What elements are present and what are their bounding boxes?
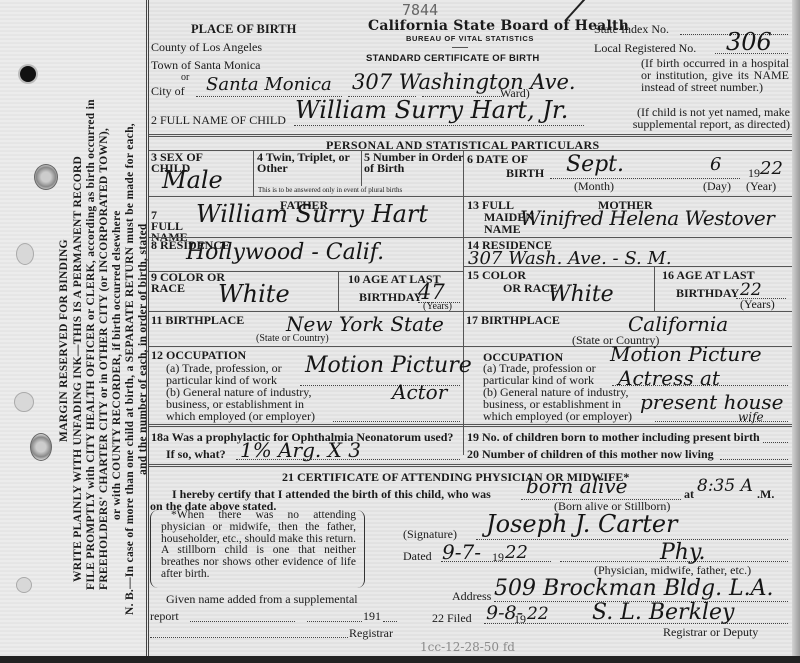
father-residence-value[interactable]: Hollywood - Calif.: [186, 240, 384, 265]
board-title: California State Board of Health: [368, 18, 629, 34]
punch-hole-icon: [14, 392, 34, 412]
father-age-label-2: BIRTHDAY: [359, 290, 422, 305]
county-label: County of Los Angeles: [151, 40, 262, 55]
margin-write-plainly: WRITE PLAINLY WITH UNFADING INK—THIS IS …: [72, 156, 84, 582]
city-label: City of: [151, 84, 185, 99]
registrar-field[interactable]: [150, 637, 348, 638]
signature-line: [476, 539, 788, 540]
year-caption: (Year): [746, 179, 776, 194]
filed-prefix: 19: [514, 612, 526, 627]
father-birthplace-label: 11 BIRTHPLACE: [151, 313, 244, 328]
divider: [463, 266, 792, 267]
father-name-value[interactable]: William Surry Hart: [196, 200, 428, 228]
mother-age-label-2: BIRTHDAY: [676, 286, 739, 301]
screw-icon: [16, 243, 34, 265]
divider: [149, 150, 792, 151]
local-registered-value[interactable]: 306: [726, 28, 772, 56]
month-caption: (Month): [574, 179, 614, 194]
divider: [452, 47, 468, 48]
divider: [654, 266, 655, 311]
punch-hole-icon: [16, 577, 32, 593]
father-trade-value[interactable]: Motion Picture: [305, 353, 472, 378]
dated-prefix: 19: [492, 550, 504, 565]
report-date-field[interactable]: [307, 621, 362, 622]
father-industry-line: [333, 421, 460, 422]
local-registered-label: Local Registered No.: [594, 41, 696, 56]
q19-label: 19 No. of children born to mother includ…: [467, 430, 760, 445]
margin-freeholders: FREEHOLDERS' CHARTER CITY or in OTHER CI…: [98, 128, 110, 590]
binding-margin: MARGIN RESERVED FOR BINDING WRITE PLAINL…: [0, 0, 148, 663]
town-label: Town of Santa Monica: [151, 58, 260, 73]
mother-industry-label-c: which employed (or employer): [483, 409, 632, 424]
signature-value[interactable]: Joseph J. Carter: [486, 510, 678, 538]
at-label: at: [684, 487, 694, 502]
mother-birthplace-label: 17 BIRTHPLACE: [466, 313, 560, 328]
or-label: or: [181, 72, 189, 83]
time-value[interactable]: 8:35 A: [697, 476, 753, 496]
mother-industry-value-2[interactable]: wife: [738, 410, 764, 424]
divider: [253, 150, 254, 196]
dated-label: Dated: [403, 549, 432, 564]
father-industry-value[interactable]: Actor: [392, 380, 447, 404]
father-industry-label-c: which employed (or employer): [166, 409, 315, 424]
divider: [361, 150, 362, 186]
page-edge: [792, 0, 800, 663]
mother-trade-value-1[interactable]: Motion Picture: [610, 342, 762, 366]
dob-month[interactable]: Sept.: [566, 152, 624, 177]
margin-nb-note: N. B.—In case of more than one child at …: [124, 123, 136, 615]
dob-label-birth: BIRTH: [506, 166, 544, 181]
file-number: 7844: [402, 1, 438, 19]
hospital-note: (If birth occurred in a hospital or inst…: [641, 57, 789, 93]
pencil-note: 1cc-12-28-50 fd: [420, 640, 515, 654]
supplemental-label: Given name added from a supplemental: [166, 592, 358, 607]
page-bottom-edge: [0, 656, 800, 663]
mother-trade-value-2[interactable]: Actress at: [618, 366, 720, 390]
state-index-label: State Index No.: [594, 22, 669, 37]
dated-value[interactable]: 9-7-: [442, 540, 481, 564]
q20-label: 20 Number of children of this mother now…: [467, 447, 714, 462]
mother-name-label-3: NAME: [484, 222, 521, 237]
dob-year[interactable]: 22: [760, 158, 783, 179]
birth-order-label: 5 Number in Order of Birth: [364, 152, 464, 174]
report-year: 191: [363, 609, 381, 624]
child-name-value[interactable]: William Surry Hart, Jr.: [295, 96, 568, 124]
divider: [149, 134, 792, 137]
divider: [149, 424, 792, 427]
report-name-field[interactable]: [190, 621, 295, 622]
day-caption: (Day): [703, 179, 731, 194]
divider: [338, 271, 339, 311]
mother-industry-line: [655, 421, 788, 422]
time-suffix: .M.: [757, 487, 774, 502]
mother-name-value[interactable]: Winifred Helena Westover: [520, 206, 774, 230]
q19-field[interactable]: [763, 442, 788, 443]
father-state-caption: (State or Country): [256, 333, 329, 344]
fastener-icon: [30, 433, 52, 461]
child-name-label: 2 FULL NAME OF CHILD: [151, 113, 286, 128]
unnamed-note: (If child is not yet named, make supplem…: [598, 106, 790, 130]
address-value[interactable]: 509 Brockman Bldg. L.A.: [494, 576, 774, 601]
filed-signature[interactable]: S. L. Berkley: [592, 600, 734, 625]
registrar-label: Registrar: [349, 626, 393, 641]
margin-file-promptly: FILE PROMPTLY with CITY HEALTH OFFICER o…: [85, 99, 97, 590]
twin-label: 4 Twin, Triplet, or Other: [257, 152, 357, 174]
bureau-title: BUREAU OF VITAL STATISTICS: [406, 34, 534, 43]
certify-value[interactable]: born alive: [526, 474, 628, 498]
filed-year[interactable]: 22: [527, 604, 549, 624]
report-year-field[interactable]: [383, 621, 397, 622]
plural-note: This is to be answered only in event of …: [258, 186, 402, 194]
q20-field[interactable]: [720, 459, 788, 460]
mother-race-value[interactable]: White: [548, 282, 614, 307]
dob-day[interactable]: 6: [710, 154, 721, 175]
place-of-birth-title: PLACE OF BIRTH: [191, 22, 296, 37]
certificate-type: STANDARD CERTIFICATE OF BIRTH: [366, 53, 540, 64]
street-value[interactable]: 307 Washington Ave.: [352, 70, 576, 94]
q18a-sub-label: If so, what?: [166, 447, 226, 462]
child-name-line: [294, 125, 584, 126]
margin-county-recorder: or with COUNTY RECORDER, if birth occurr…: [111, 210, 123, 520]
footnote: *When there was no attending physician o…: [161, 510, 356, 581]
q18a-value[interactable]: 1% Arg. X 3: [240, 438, 361, 462]
divider: [149, 196, 792, 197]
punch-hole-icon: [20, 66, 36, 82]
dated-year[interactable]: 22: [505, 542, 528, 563]
city-value[interactable]: Santa Monica: [206, 74, 332, 95]
mother-years-caption: (Years): [740, 297, 775, 312]
birth-certificate: MARGIN RESERVED FOR BINDING WRITE PLAINL…: [0, 0, 800, 663]
report-label: report: [150, 609, 179, 624]
sex-value[interactable]: Male: [162, 166, 223, 194]
father-race-value[interactable]: White: [218, 280, 290, 308]
title-value[interactable]: Phy.: [660, 540, 705, 565]
margin-border: [146, 0, 149, 663]
dob-label: 6 DATE OF: [467, 152, 528, 167]
fastener-icon: [34, 164, 58, 190]
margin-binding-note: MARGIN RESERVED FOR BINDING: [58, 239, 70, 442]
filed-label: 22 Filed: [432, 611, 472, 626]
divider: [149, 464, 792, 467]
registrar-deputy-label: Registrar or Deputy: [663, 625, 758, 640]
